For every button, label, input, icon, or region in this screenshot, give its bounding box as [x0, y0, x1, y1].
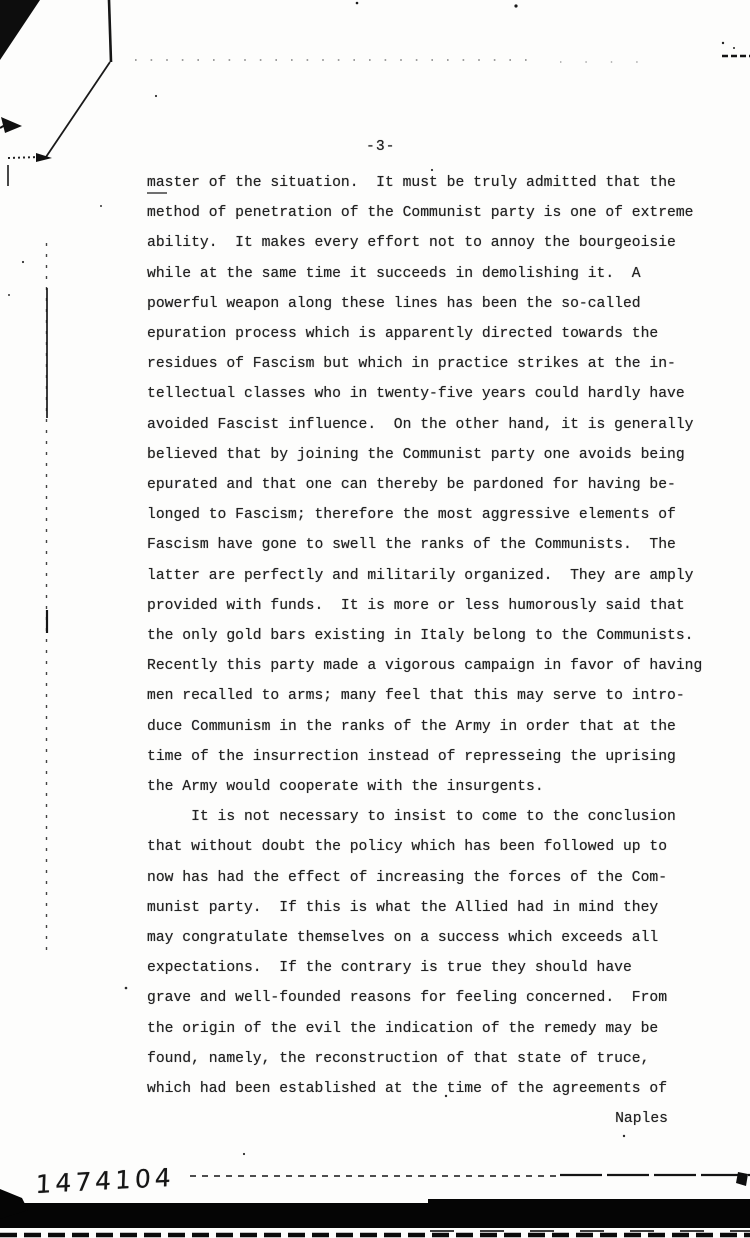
scan-crease-blob: [36, 153, 52, 162]
scan-bottom-right-blob: [736, 1172, 748, 1186]
scan-black-band: [0, 1199, 750, 1228]
scan-speck: [356, 2, 359, 5]
scan-speck: [722, 42, 724, 44]
scan-crease-dots: [8, 157, 40, 158]
scan-speck: [623, 1135, 625, 1137]
scan-tear-line: [109, 0, 111, 62]
scan-left-flag-tail: [0, 122, 10, 128]
scan-speck: [243, 1153, 245, 1155]
scan-speck: [125, 987, 128, 990]
scan-speck: [22, 261, 24, 263]
scan-crease-diagonal: [46, 62, 110, 157]
scan-speck: [8, 294, 10, 296]
scanned-document-page: -3- master of the situation. It must be …: [0, 0, 750, 1238]
scan-left-flag-mark: [1, 117, 22, 133]
scan-corner-fold: [0, 0, 40, 60]
paragraph-2: It is not necessary to insist to come to…: [147, 802, 722, 1104]
catchword-naples: Naples: [147, 1104, 668, 1134]
scan-speck: [733, 47, 735, 49]
scan-speck: [514, 4, 517, 7]
scan-black-band-left-wedge: [0, 1189, 28, 1219]
document-body: master of the situation. It must be trul…: [147, 168, 722, 1135]
page-number: -3-: [366, 139, 395, 155]
scan-speck: [155, 95, 157, 97]
handwritten-serial-number: 1474104: [35, 1163, 175, 1199]
scan-speck: [100, 205, 102, 207]
paragraph-1: master of the situation. It must be trul…: [147, 168, 722, 802]
